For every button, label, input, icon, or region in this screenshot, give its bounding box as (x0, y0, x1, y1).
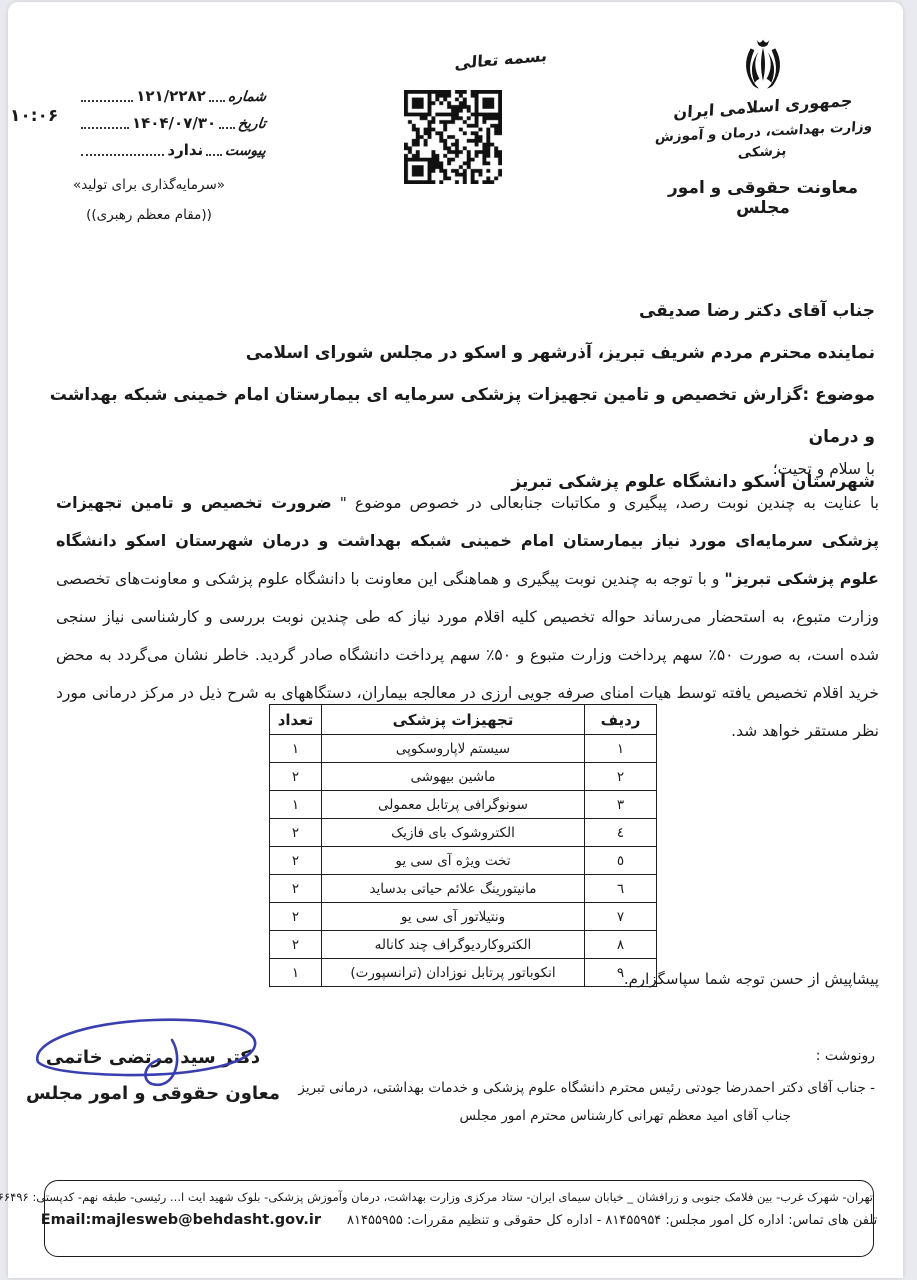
row-number-cell: ٣ (585, 791, 657, 819)
cc-list: - جناب آقای دکتر احمدرضا جودتی رئیس محتر… (38, 1074, 875, 1130)
cc-item: جناب آقای امید معظم تهرانی کارشناس محترم… (38, 1102, 791, 1130)
quantity-cell: ٢ (270, 763, 322, 791)
recipient-name: جناب آقای دکتر رضا صدیقی (48, 290, 875, 332)
row-number-cell: ٨ (585, 931, 657, 959)
quantity-cell: ٢ (270, 847, 322, 875)
ref-attachment-row: پیوست ندارد (78, 132, 266, 159)
quantity-cell: ٢ (270, 819, 322, 847)
column-header-equipment: تجهیزات پزشکی (322, 705, 585, 735)
quantity-cell: ٢ (270, 903, 322, 931)
quantity-cell: ٢ (270, 931, 322, 959)
cc-label: رونوشت : (816, 1048, 875, 1064)
row-number-cell: ٥ (585, 847, 657, 875)
equipment-name-cell: سیستم لاپاروسکوپی (322, 735, 585, 763)
row-number-cell: ٦ (585, 875, 657, 903)
ref-date-label: تاریخ (237, 116, 267, 132)
equipment-name-cell: الکتروکاردیوگراف چند کاناله (322, 931, 585, 959)
dotted-leader (219, 115, 235, 129)
dotted-leader (81, 142, 164, 156)
ref-date-value: ۱۴۰۴/۰۷/۳۰ (132, 114, 216, 132)
equipment-table-body: ١سیستم لاپاروسکوپی١٢ماشین بیهوشی٢٣سونوگر… (270, 735, 657, 987)
dotted-leader (209, 88, 225, 102)
column-header-row-number: ردیف (585, 705, 657, 735)
quantity-cell: ١ (270, 791, 322, 819)
dotted-leader (81, 88, 133, 102)
quantity-cell: ٢ (270, 875, 322, 903)
table-row: ٧ونتیلاتور آی سی یو٢ (270, 903, 657, 931)
table-row: ٣سونوگرافی پرتابل معمولی١ (270, 791, 657, 819)
slogan-line1: «سرمایه‌گذاری برای تولید» (44, 170, 254, 200)
slogan-line2: ((مقام معظم رهبری)) (44, 200, 254, 230)
footer-box: تهران- شهرک غرب- بین فلامک جنوبی و زرافش… (44, 1180, 874, 1257)
bismillah-text: بسمه تعالی (435, 44, 567, 74)
reference-block: شماره ۱۲۱/۲۲۸۲ تاریخ ۱۴۰۴/۰۷/۳۰ پیوست ند… (78, 78, 266, 159)
letter-page: جمهوری اسلامی ایران وزارت بهداشت، درمان … (8, 2, 903, 1278)
equipment-table-wrap: ردیف تجهیزات پزشکی تعداد ١سیستم لاپاروسک… (270, 704, 657, 987)
equipment-name-cell: الکتروشوک بای فازیک (322, 819, 585, 847)
ref-attachment-label: پیوست (224, 143, 267, 159)
footer-email: Email:majlesweb@behdasht.gov.ir (41, 1212, 321, 1228)
equipment-name-cell: ونتیلاتور آی سی یو (322, 903, 585, 931)
dotted-leader (206, 142, 222, 156)
table-row: ٨الکتروکاردیوگراف چند کاناله٢ (270, 931, 657, 959)
recipient-title: نماینده محترم مردم شریف تبریز، آذرشهر و … (48, 332, 875, 374)
row-number-cell: ٢ (585, 763, 657, 791)
qr-code (404, 90, 502, 184)
org-department-title: معاونت حقوقی و امور مجلس (647, 178, 879, 218)
org-header: جمهوری اسلامی ایران وزارت بهداشت، درمان … (647, 36, 879, 218)
recipient-block: جناب آقای دکتر رضا صدیقی نماینده محترم م… (48, 290, 875, 503)
dotted-leader (81, 115, 129, 129)
row-number-cell: ١ (585, 735, 657, 763)
footer-contacts: تلفن های تماس: اداره کل امور مجلس: ۸۱۴۵۵… (45, 1212, 873, 1228)
quantity-cell: ١ (270, 959, 322, 987)
equipment-name-cell: انکوباتور پرتابل نوزادان (ترانسپورت) (322, 959, 585, 987)
ref-number-value: ۱۲۱/۲۲۸۲ (136, 87, 206, 105)
closing-line: پیشاپیش از حسن توجه شما سپاسگزارم. (624, 970, 879, 988)
quantity-cell: ١ (270, 735, 322, 763)
table-row: ٤الکتروشوک بای فازیک٢ (270, 819, 657, 847)
equipment-name-cell: تخت ویژه آی سی یو (322, 847, 585, 875)
year-slogan: «سرمایه‌گذاری برای تولید» ((مقام معظم ره… (44, 170, 254, 230)
equipment-name-cell: مانیتورینگ علائم حیاتی بدساید (322, 875, 585, 903)
row-number-cell: ٧ (585, 903, 657, 931)
body-text-lead: با عنایت به چندین نوبت رصد، پیگیری و مکا… (332, 494, 879, 512)
print-time: ۱۰:۰۶ (10, 106, 76, 126)
table-row: ٩انکوباتور پرتابل نوزادان (ترانسپورت)١ (270, 959, 657, 987)
ref-number-row: شماره ۱۲۱/۲۲۸۲ (78, 78, 266, 105)
iran-emblem-icon (734, 36, 792, 94)
table-row: ٥تخت ویژه آی سی یو٢ (270, 847, 657, 875)
salutation: با سلام و تحیت؛ (773, 460, 875, 478)
equipment-table: ردیف تجهیزات پزشکی تعداد ١سیستم لاپاروسک… (269, 704, 657, 987)
signer-name: دکتر سید مرتضی خاتمی (24, 1040, 282, 1076)
equipment-name-cell: سونوگرافی پرتابل معمولی (322, 791, 585, 819)
ref-number-label: شماره (227, 89, 267, 105)
table-header-row: ردیف تجهیزات پزشکی تعداد (270, 705, 657, 735)
footer-address: تهران- شهرک غرب- بین فلامک جنوبی و زرافش… (45, 1190, 873, 1204)
cc-item: - جناب آقای دکتر احمدرضا جودتی رئیس محتر… (38, 1074, 875, 1102)
table-row: ٦مانیتورینگ علائم حیاتی بدساید٢ (270, 875, 657, 903)
column-header-quantity: تعداد (270, 705, 322, 735)
footer-phones: تلفن های تماس: اداره کل امور مجلس: ۸۱۴۵۵… (347, 1213, 877, 1228)
org-ministry-title: وزارت بهداشت، درمان و آموزش پزشکی (645, 116, 881, 168)
table-row: ٢ماشین بیهوشی٢ (270, 763, 657, 791)
table-row: ١سیستم لاپاروسکوپی١ (270, 735, 657, 763)
ref-attachment-value: ندارد (167, 141, 203, 159)
ref-date-row: تاریخ ۱۴۰۴/۰۷/۳۰ (78, 105, 266, 132)
row-number-cell: ٤ (585, 819, 657, 847)
equipment-name-cell: ماشین بیهوشی (322, 763, 585, 791)
subject-line1: موضوع :گزارش تخصیص و تامین تجهیزات پزشکی… (48, 374, 875, 458)
